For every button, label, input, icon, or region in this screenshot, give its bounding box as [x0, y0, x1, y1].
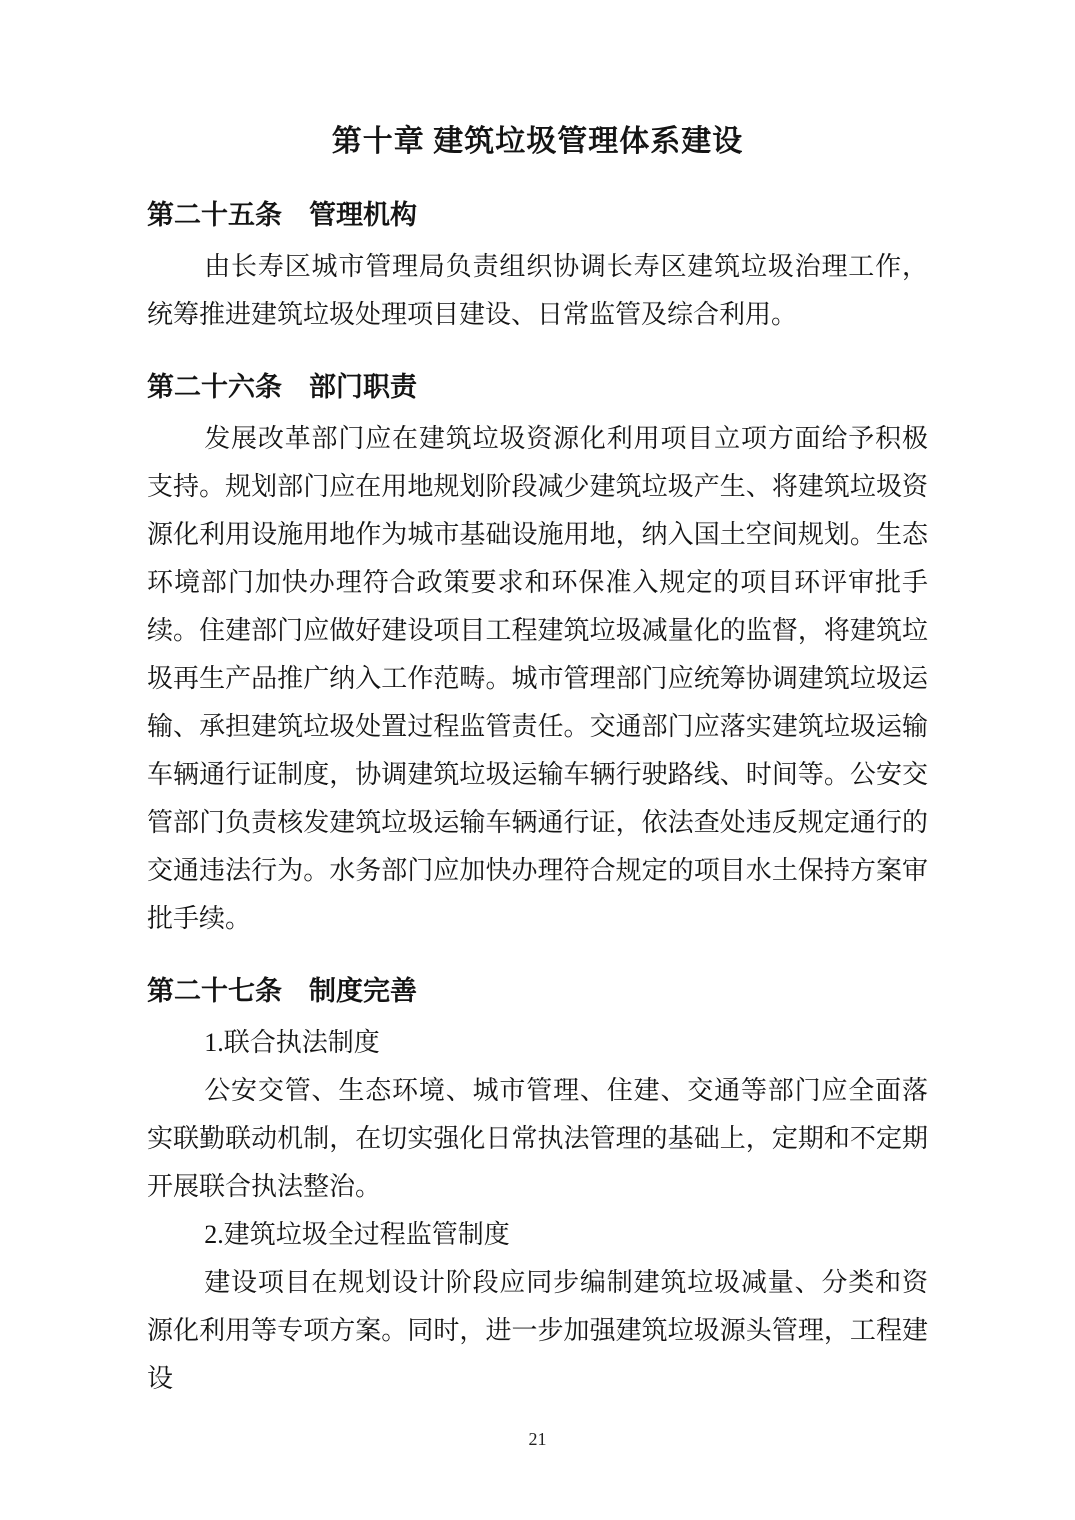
article-heading-25: 第二十五条 管理机构	[147, 191, 928, 239]
article-heading-26: 第二十六条 部门职责	[147, 363, 928, 411]
article-26-paragraph: 发展改革部门应在建筑垃圾资源化利用项目立项方面给予积极支持。规划部门应在用地规划…	[147, 415, 928, 943]
article-25-paragraph: 由长寿区城市管理局负责组织协调长寿区建筑垃圾治理工作，统筹推进建筑垃圾处理项目建…	[147, 243, 928, 339]
page-number: 21	[147, 1427, 928, 1451]
document-page: 第十章 建筑垃圾管理体系建设 第二十五条 管理机构 由长寿区城市管理局负责组织协…	[0, 0, 1075, 1520]
article-27-item-1-label: 1.联合执法制度	[147, 1019, 928, 1067]
article-heading-27: 第二十七条 制度完善	[147, 967, 928, 1015]
article-27-item-1-paragraph: 公安交管、生态环境、城市管理、住建、交通等部门应全面落实联勤联动机制，在切实强化…	[147, 1067, 928, 1211]
article-27-item-2-label: 2.建筑垃圾全过程监管制度	[147, 1211, 928, 1259]
chapter-title: 第十章 建筑垃圾管理体系建设	[147, 118, 928, 166]
article-27-item-2-paragraph: 建设项目在规划设计阶段应同步编制建筑垃圾减量、分类和资源化利用等专项方案。同时，…	[147, 1259, 928, 1403]
